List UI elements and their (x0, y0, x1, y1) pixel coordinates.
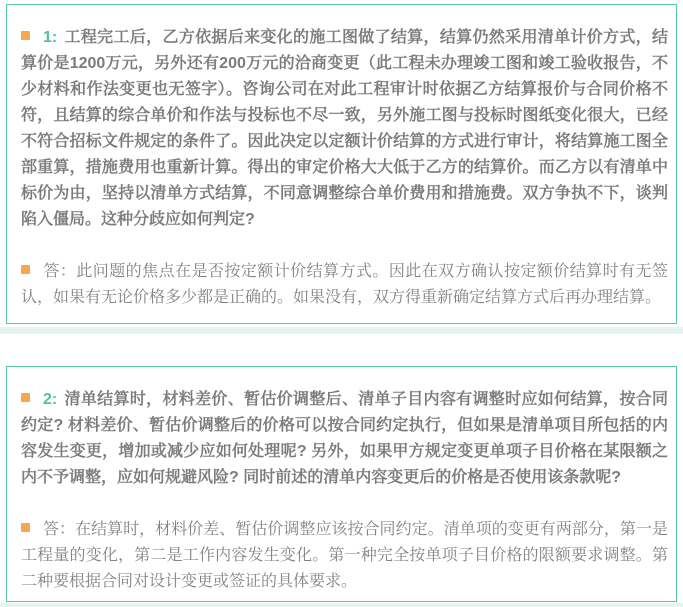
answer-paragraph-2: 答：在结算时，材料价差、暂估价调整应该按合同约定。清单项的变更有两部分，第一是工… (21, 517, 668, 595)
answer-label: 答： (43, 521, 75, 538)
question-paragraph-2: 2:清单结算时，材料差价、暂估价调整后、清单子目内容有调整时应如何结算，按合同约… (21, 387, 668, 491)
qa-card-1: 1:工程完工后，乙方依据后来变化的施工图做了结算，结算仍然采用清单计价方式，结算… (6, 4, 677, 324)
answer-text: 此问题的焦点在是否按定额计价结算方式。因此在双方确认按定额价结算时有无签认，如果… (21, 263, 668, 306)
question-number-label: 2: (43, 391, 57, 408)
answer-text: 在结算时，材料价差、暂估价调整应该按合同约定。清单项的变更有两部分，第一是工程量… (21, 521, 668, 590)
question-paragraph-1: 1:工程完工后，乙方依据后来变化的施工图做了结算，结算仍然采用清单计价方式，结算… (21, 25, 668, 233)
qa-card-2: 2:清单结算时，材料差价、暂估价调整后、清单子目内容有调整时应如何结算，按合同约… (6, 366, 677, 602)
answer-paragraph-1: 答：此问题的焦点在是否按定额计价结算方式。因此在双方确认按定额价结算时有无签认，… (21, 259, 668, 311)
bullet-square-icon (21, 31, 30, 40)
answer-label: 答： (43, 263, 76, 280)
question-number-label: 1: (43, 29, 57, 46)
bullet-square-icon (21, 523, 30, 532)
page: { "theme": { "card_border_color": "#55C7… (0, 0, 683, 607)
card-shadow-strip-1 (0, 327, 683, 334)
bullet-square-icon (21, 265, 30, 274)
question-text: 清单结算时，材料差价、暂估价调整后、清单子目内容有调整时应如何结算，按合同约定?… (21, 391, 668, 486)
question-text: 工程完工后，乙方依据后来变化的施工图做了结算，结算仍然采用清单计价方式，结算价是… (21, 29, 668, 228)
bullet-square-icon (21, 393, 30, 402)
card-shadow-strip-2 (0, 603, 683, 607)
